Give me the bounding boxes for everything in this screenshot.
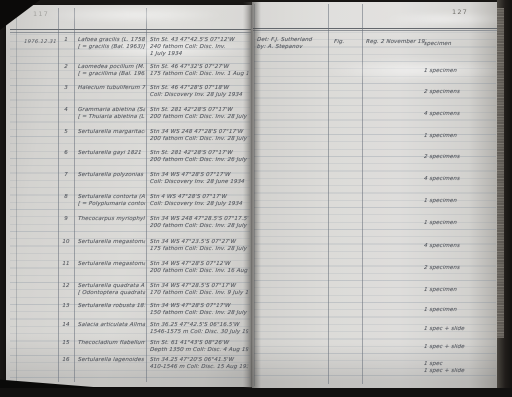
station-entry: 200 fathom Coll: Disc. Inv. 28 July 1934 xyxy=(150,136,249,142)
fig-note: Fig. xyxy=(334,39,355,45)
station-entry: Stn St. 46 47°32'S 07°27'W xyxy=(150,64,249,70)
register-photo: 117 127 1976.12.31 1Lafoea gracilis (L. … xyxy=(0,0,512,397)
species-name: Thecocarpus myriophyllum (Linn. 1758) xyxy=(78,216,146,222)
station-entry: 150 fathom Coll: Disc. Inv. 28 July 1934 xyxy=(150,310,249,316)
station-entry: 175 fathom Coll: Disc. Inv. 28 July 1934 xyxy=(150,246,249,252)
specimen-count: 1 spec + slide xyxy=(424,368,470,374)
species-name: Sertularella gayi 1821 xyxy=(78,150,146,156)
station-entry: 175 fathom Coll: Disc. Inv. 1 Aug 1934 xyxy=(150,71,249,77)
species-name: Sertularella robusta 1876 xyxy=(78,303,146,309)
station-entry: Coll: Discovery Inv. 28 June 1934 xyxy=(150,179,249,185)
registration-note: Reg. 2 November 1976 xyxy=(366,39,427,45)
station-entry: Stn 34 WS 47°28.5'S 07°17'W xyxy=(150,283,249,289)
station-entry: Stn 34 WS 47°23.5'S 07°27'W xyxy=(150,239,249,245)
station-entry: 170 fathom Coll: Disc. Inv. 9 July 1934 xyxy=(150,290,249,296)
station-entry: Stn St. 281 42°28'S 07°17'W xyxy=(150,107,249,113)
species-name: Sertularella megastoma Allman 1876 xyxy=(78,239,146,245)
station-entry: Stn 34 WS 248 47°28.5'S 07°17.5'W xyxy=(150,216,249,222)
row-number: 4 xyxy=(60,107,72,113)
station-entry: Stn 36.25 47°42.5'S 06°16.5'W xyxy=(150,322,249,328)
specimen-count: 2 specimens xyxy=(424,154,470,160)
specimen-count: 1 spec + slide xyxy=(424,326,470,332)
station-entry: 200 fathom Coll: Disc. Inv. 26 July 1934 xyxy=(150,157,249,163)
row-number: 6 xyxy=(60,150,72,156)
species-name: Sertularella margaritacea Allman 1874 xyxy=(78,129,146,135)
species-name: [ = gracillima (Bal. 1963)] xyxy=(78,71,146,77)
species-name: Laomedea pocillum (M. Sars) xyxy=(78,64,146,70)
station-entry: 200 fathom Coll: Disc. Inv. 28 July 1934 xyxy=(150,223,249,229)
row-number: 11 xyxy=(60,261,72,267)
station-entry: 410-1546 m Coll: Disc. 15 Aug 1934 xyxy=(150,364,249,370)
specimen-count: specimen xyxy=(424,41,470,47)
row-number: 16 xyxy=(60,357,72,363)
station-entry: 240 fathom Coll: Disc. Inv. xyxy=(150,44,249,50)
row-number: 15 xyxy=(60,340,72,346)
species-name: Salacia articulata Allman 1876 xyxy=(78,322,146,328)
specimen-count: 4 specimens xyxy=(424,243,470,249)
specimen-count: 1 specimen xyxy=(424,287,470,293)
station-entry: Stn St. 43 47°42.5'S 07°12'W xyxy=(150,37,249,43)
specimen-count: 4 specimens xyxy=(424,176,470,182)
species-name: Thecocladium flabellum 74.7.8 dred xyxy=(78,340,146,346)
specimen-count: 1 spec + slide xyxy=(424,344,470,350)
species-name: Grammaria abietina (Sars, 1851) xyxy=(78,107,146,113)
species-name: [ = Thuiaria abietina (L.) ] xyxy=(78,114,146,120)
station-entry: Coll: Discovery Inv. 28 July 1934 xyxy=(150,201,249,207)
specimen-count: 1 spec xyxy=(424,361,470,367)
station-entry: Stn 34.25 47°20'S 06°41.5'W xyxy=(150,357,249,363)
specimen-count: 1 specimen xyxy=(424,133,470,139)
species-name: [ Odontoptera quadrata ? ] xyxy=(78,290,146,296)
row-number: 3 xyxy=(60,85,72,91)
station-entry: Stn 34 WS 248 47°28'S 07°17'W xyxy=(150,129,249,135)
rows-layer: 1Lafoea gracilis (L. 1758)[ = gracilis (… xyxy=(0,0,512,397)
station-entry: Stn St. 281 42°28'S 07°17'W xyxy=(150,150,249,156)
specimen-count: 4 specimens xyxy=(424,111,470,117)
specimen-count: 1 specimen xyxy=(424,220,470,226)
species-name: [ = Polyplumaria contorta Allman 1877 ] xyxy=(78,201,146,207)
row-number: 9 xyxy=(60,216,72,222)
station-entry: 200 fathom Coll: Disc. Inv. 28 July 1934 xyxy=(150,114,249,120)
determiner-note: Det: F.J. Sutherland xyxy=(257,37,328,43)
station-entry: Stn 4 WS 47°28'S 07°17'W xyxy=(150,194,249,200)
row-number: 12 xyxy=(60,283,72,289)
specimen-count: 1 specimen xyxy=(424,198,470,204)
row-number: 14 xyxy=(60,322,72,328)
station-entry: Stn 34 WS 47°28'S 07°17'W xyxy=(150,303,249,309)
species-name: [ = gracilis (Bal. 1963)] xyxy=(78,44,146,50)
station-entry: Stn St. 61 41°43'S 08°26'W xyxy=(150,340,249,346)
station-entry: 200 fathom Coll: Disc. Inv. 16 Aug 1934 xyxy=(150,268,249,274)
row-number: 7 xyxy=(60,172,72,178)
species-name: Lafoea gracilis (L. 1758) xyxy=(78,37,146,43)
station-entry: 1546-1575 m Coll: Disc. 30 July 1934 xyxy=(150,329,249,335)
row-number: 8 xyxy=(60,194,72,200)
station-entry: Stn 34 WS 47°28'S 07°17'W xyxy=(150,172,249,178)
determiner-note: by: A. Stepanov xyxy=(257,44,328,50)
specimen-count: 2 specimens xyxy=(424,265,470,271)
species-name: Sertularella contorta (Allman 1876) xyxy=(78,194,146,200)
specimen-count: 1 specimen xyxy=(424,307,470,313)
species-name: Sertularella lagenoides Allman 1876 xyxy=(78,357,146,363)
station-entry: Coll: Discovery Inv. 28 July 1934 xyxy=(150,92,249,98)
station-entry: Depth 1350 m Coll: Disc. 4 Aug 1934 xyxy=(150,347,249,353)
species-name: Halecium tubuliferum 74.8.7.211 xyxy=(78,85,146,91)
row-number: 1 xyxy=(60,37,72,43)
row-number: 5 xyxy=(60,129,72,135)
row-number: 2 xyxy=(60,64,72,70)
species-name: Sertularella quadrata Allman 1876 xyxy=(78,283,146,289)
station-entry: Stn 34 WS 47°28'S 07°12'W xyxy=(150,261,249,267)
specimen-count: 2 specimens xyxy=(424,89,470,95)
species-name: Sertularella megastoma Allman 1876 xyxy=(78,261,146,267)
station-entry: Stn St. 46 47°28'S 07°18'W xyxy=(150,85,249,91)
row-number: 13 xyxy=(60,303,72,309)
specimen-count: 1 specimen xyxy=(424,68,470,74)
station-entry: 1 July 1934 xyxy=(150,51,249,57)
row-number: 10 xyxy=(60,239,72,245)
species-name: Sertularella polyzonias (Linn. 1758) xyxy=(78,172,146,178)
